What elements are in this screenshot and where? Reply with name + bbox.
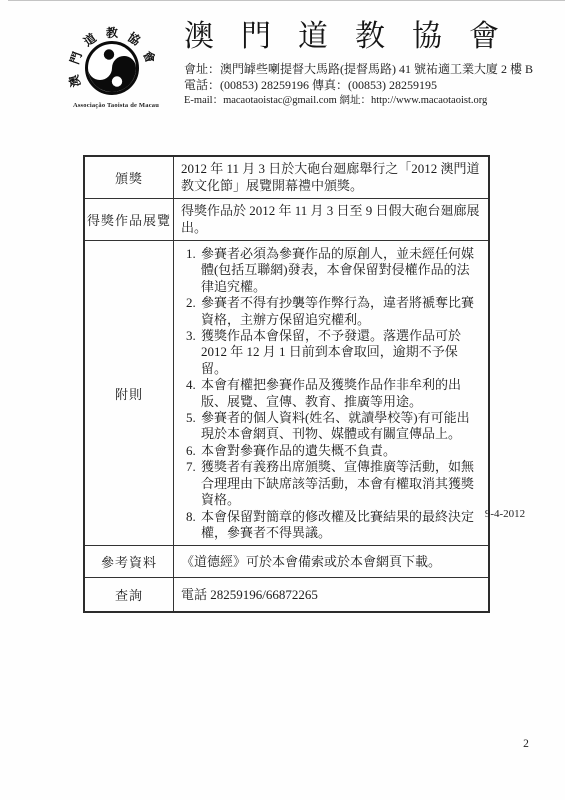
row-content: 電話 28259196/66872265 <box>173 578 489 612</box>
logo-arc-char: 會 <box>140 48 158 66</box>
table-row-enquiry: 查詢 電話 28259196/66872265 <box>84 578 489 612</box>
rule-item: 參賽者的個人資料(姓名、就讀學校等)有可能出現於本會網頁、刊物、媒體或有關宣傳品… <box>199 410 482 443</box>
rule-item: 參賽者必須為參賽作品的原創人，並未經任何媒體(包括互聯網)發表，本會保留對侵權作… <box>199 246 482 295</box>
table-row-award: 頒獎 2012 年 11 月 3 日於大砲台廻廊舉行之「2012 澳門道教文化節… <box>84 156 489 199</box>
document-header: 澳門道教協會 會址：澳門罅些喇提督大馬路(提督馬路) 41 號祐適工業大廈 2 … <box>184 20 534 108</box>
row-label: 附則 <box>84 241 173 546</box>
document-date: 9-4-2012 <box>470 508 540 520</box>
rule-item: 獲獎者有義務出席頒獎、宣傳推廣等活動，如無合理理由下缺席該等活動，本會有權取消其… <box>199 459 482 508</box>
row-content: 參賽者必須為參賽作品的原創人，並未經任何媒體(包括互聯網)發表，本會保留對侵權作… <box>173 241 489 546</box>
email-website-line: E-mail：macaotaoistac@gmail.com 網址：http:/… <box>184 93 534 108</box>
row-label: 得獎作品展覽 <box>84 199 173 241</box>
rule-item: 本會對參賽作品的遺失概不負責。 <box>199 443 482 459</box>
logo-arc-char: 門 <box>67 49 85 67</box>
table-row-rules: 附則 參賽者必須為參賽作品的原創人，並未經任何媒體(包括互聯網)發表，本會保留對… <box>84 241 489 546</box>
phone-fax-line: 電話：(00853) 28259196 傳真：(00853) 28259195 <box>184 77 534 93</box>
scan-edge-line <box>8 0 565 1</box>
logo-arc-char: 教 <box>105 26 119 40</box>
scanned-document-page: { "colors": { "ink": "#1b1b1b", "table_b… <box>0 0 565 800</box>
rule-item: 參賽者不得有抄襲等作弊行為，違者將褫奪比賽資格，主辦方保留追究權利。 <box>199 295 482 328</box>
table-row-reference: 參考資料 《道德經》可於本會備索或於本會網頁下載。 <box>84 546 489 578</box>
association-logo: 澳 門 道 教 協 會 Associação Taoista de Macau <box>60 14 172 114</box>
page-number: 2 <box>516 738 536 750</box>
row-content: 得獎作品於 2012 年 11 月 3 日至 9 日假大砲台廻廊展出。 <box>173 199 489 241</box>
rules-list: 參賽者必須為參賽作品的原創人，並未經任何媒體(包括互聯網)發表，本會保留對侵權作… <box>181 246 482 541</box>
contact-block: 會址：澳門罅些喇提督大馬路(提督馬路) 41 號祐適工業大廈 2 樓 B 電話：… <box>184 61 534 108</box>
row-label: 頒獎 <box>84 156 173 199</box>
info-table: 頒獎 2012 年 11 月 3 日於大砲台廻廊舉行之「2012 澳門道教文化節… <box>83 155 490 613</box>
address-line: 會址：澳門罅些喇提督大馬路(提督馬路) 41 號祐適工業大廈 2 樓 B <box>184 61 534 77</box>
row-content: 《道德經》可於本會備索或於本會網頁下載。 <box>173 546 489 578</box>
rule-item: 本會有權把參賽作品及獲獎作品作非牟利的出版、展覽、宣傳、教育、推廣等用途。 <box>199 377 482 410</box>
yin-yang-icon <box>84 40 140 96</box>
row-label: 查詢 <box>84 578 173 612</box>
rule-item: 本會保留對簡章的修改權及比賽結果的最終決定權，參賽者不得異議。 <box>199 509 482 542</box>
organization-title: 澳門道教協會 <box>184 20 534 54</box>
table-row-exhibition: 得獎作品展覽 得獎作品於 2012 年 11 月 3 日至 9 日假大砲台廻廊展… <box>84 199 489 241</box>
logo-subtitle: Associação Taoista de Macau <box>54 102 178 109</box>
rule-item: 獲獎作品本會保留，不予發還。落選作品可於 2012 年 12 月 1 日前到本會… <box>199 328 482 377</box>
row-content: 2012 年 11 月 3 日於大砲台廻廊舉行之「2012 澳門道教文化節」展覽… <box>173 156 489 199</box>
logo-arc-char: 澳 <box>66 72 83 89</box>
row-label: 參考資料 <box>84 546 173 578</box>
